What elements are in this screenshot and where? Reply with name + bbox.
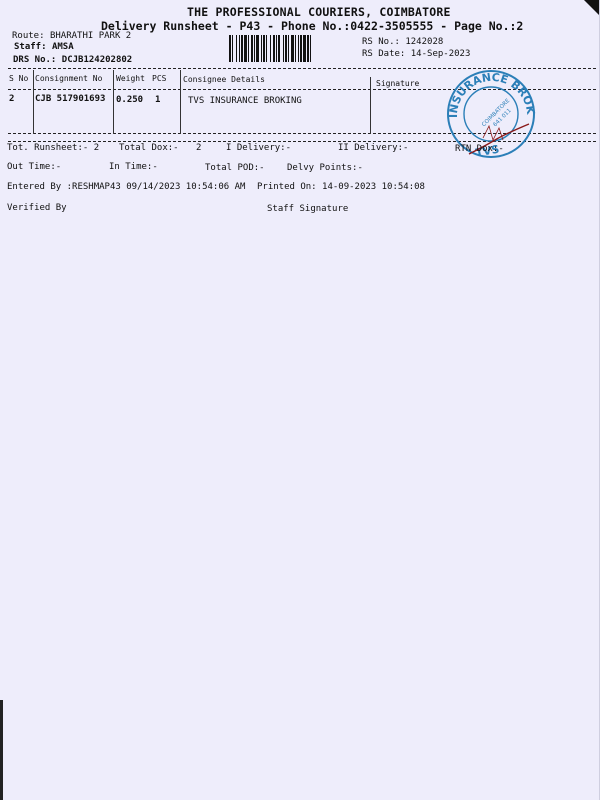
printed-on: Printed On: 14-09-2023 10:54:08 (257, 182, 425, 192)
total-dox-value: 2 (196, 143, 201, 153)
col-divider (370, 77, 371, 134)
total-dox-label: Total Dox:- (119, 143, 179, 153)
total-pod: Total POD:- (205, 163, 265, 173)
drs-value: DCJB124202802 (62, 55, 132, 65)
ii-delivery: II Delivery:- (338, 143, 408, 153)
drs-label: DRS No.: (13, 55, 56, 65)
drs-line: DRS No.: DCJB124202802 (13, 55, 132, 65)
route-label: Route: (12, 31, 45, 41)
rs-number: RS No.: 1242028 (362, 37, 443, 47)
col-header-sno: S No (9, 74, 28, 83)
col-header-signature: Signature (376, 79, 419, 88)
col-header-consignee: Consignee Details (183, 75, 265, 84)
i-delivery: I Delivery:- (226, 143, 291, 153)
route-line: Route: BHARATHI PARK 2 (12, 31, 131, 41)
cell-consignee: TVS INSURANCE BROKING (188, 96, 302, 106)
col-header-pcs: PCS (152, 74, 166, 83)
staff-value: AMSA (52, 42, 74, 52)
entered-by: Entered By :RESHMAP43 09/14/2023 10:54:0… (7, 182, 245, 192)
col-header-weight: Weight (116, 74, 145, 83)
runsheet-heading: Delivery Runsheet - P43 - Phone No.:0422… (101, 19, 523, 33)
out-time: Out Time:- (7, 162, 61, 172)
col-divider (33, 70, 34, 134)
col-divider (113, 70, 114, 134)
route-value: BHARATHI PARK 2 (50, 31, 131, 41)
in-time: In Time:- (109, 162, 158, 172)
rtn-dox: RTN Dox:- (455, 144, 504, 154)
rs-date: RS Date: 14-Sep-2023 (362, 49, 470, 59)
staff-label: Staff: (14, 42, 47, 52)
svg-text:INSURANCE BROKING LTD: INSURANCE BROKING LTD (445, 68, 537, 118)
cell-weight: 0.250 (116, 95, 143, 105)
cell-consignment-no: CJB 517901693 (35, 94, 105, 104)
cell-sno: 2 (9, 94, 14, 104)
verified-by: Verified By (7, 203, 67, 213)
scan-corner-fold (584, 0, 600, 16)
total-runsheet: Tot. Runsheet:- 2 (7, 143, 99, 153)
col-divider (180, 70, 181, 134)
scan-edge-shadow (0, 700, 3, 800)
col-header-consignment: Consignment No (35, 74, 102, 83)
company-title: THE PROFESSIONAL COURIERS, COIMBATORE (187, 5, 451, 19)
cell-pcs: 1 (155, 95, 160, 105)
delivery-points: Delvy Points:- (287, 163, 363, 173)
barcode (229, 35, 356, 62)
staff-line: Staff: AMSA (14, 42, 74, 52)
staff-signature: Staff Signature (267, 204, 348, 214)
